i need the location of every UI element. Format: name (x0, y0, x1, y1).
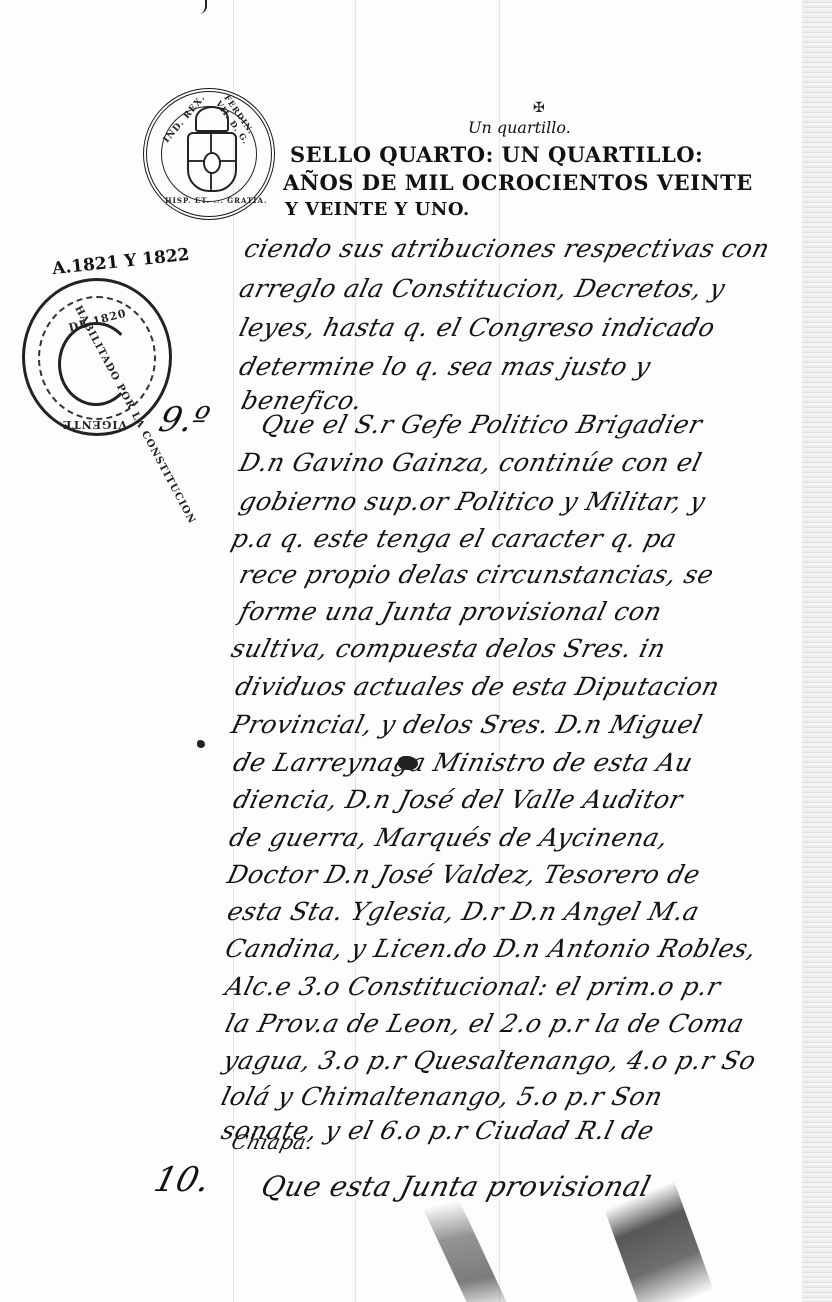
stamp-line-2: AÑOS DE MIL OCROCIENTOS VEINTE (283, 170, 753, 195)
stamp-line-1: SELLO QUARTO: UN QUARTILLO: (290, 142, 703, 167)
text-line: de guerra, Marqués de Aycinena, (226, 823, 671, 852)
text-line: Provincial, y delos Sres. D.n Miguel (228, 710, 705, 739)
text-line: Que el S.r Gefe Politico Brigadier (258, 410, 705, 439)
text-line: gobierno sup.or Politico y Militar, y (236, 487, 708, 516)
ink-smudge (579, 1140, 721, 1302)
paragraph-marker-9: 9.º (155, 400, 213, 440)
text-line: rece propio delas circunstancias, se (236, 560, 716, 589)
text-line: D.n Gavino Gainza, continúe con el (236, 448, 704, 477)
text-line: dividuos actuales de esta Diputacion (232, 672, 722, 701)
text-line: determine lo q. sea mas justo y (236, 352, 653, 381)
text-line: diencia, D.n José del Valle Auditor (230, 785, 686, 814)
ink-blot (398, 756, 418, 770)
text-line: Chiapa. (229, 1130, 316, 1154)
text-line: sultiva, compuesta delos Sres. in (228, 634, 668, 663)
habilitation-stamp: A.1821 Y 1822 HABILITADO POR LA CONSTITU… (10, 252, 175, 432)
stamp-value: Un quartillo. (468, 118, 571, 137)
ink-blot (197, 740, 205, 748)
text-line: Doctor D.n José Valdez, Tesorero de (224, 860, 703, 889)
text-line: lolá y Chimaltenango, 5.o p.r Son (218, 1082, 665, 1111)
text-line: forme una Junta provisional con (236, 597, 665, 626)
text-line: Alc.e 3.o Constitucional: el prim.o p.r (222, 972, 723, 1001)
escutcheon-icon (203, 152, 221, 174)
text-line: la Prov.a de Leon, el 2.o p.r la de Coma (222, 1009, 747, 1038)
stamp-years: A.1821 Y 1822 (51, 245, 190, 279)
text-line: ciendo sus atribuciones respectivas con (241, 234, 772, 263)
page-edge-shadow (802, 0, 832, 1302)
text-line: Candina, y Licen.do D.n Antonio Robles, (222, 934, 759, 963)
text-line: arreglo ala Constitucion, Decretos, y (236, 274, 728, 303)
text-line: yagua, 3.o p.r Quesaltenango, 4.o p.r So (220, 1046, 759, 1075)
document-page: IND. REX. FERDIN. VII. D. G. HISP. ET. .… (0, 0, 832, 1302)
stamp-line-3: Y VEINTE Y UNO. (285, 199, 470, 220)
ink-mark (195, 0, 207, 14)
text-line: leyes, hasta q. el Congreso indicado (236, 313, 718, 342)
paragraph-marker-10: 10. (150, 1160, 214, 1200)
cross-ornament-icon: ✠ (533, 100, 545, 116)
seal-legend-bottom: HISP. ET. ... GRATIA. (165, 196, 267, 205)
text-line: p.a q. este tenga el caracter q. pa (228, 524, 680, 553)
stamp-bottom-text: VIGENTE (62, 418, 127, 431)
text-line: de Larreynaga Ministro de esta Au (230, 748, 696, 777)
text-line: esta Sta. Yglesia, D.r D.n Angel M.a (224, 897, 702, 926)
royal-seal: IND. REX. FERDIN. VII. D. G. HISP. ET. .… (143, 88, 275, 220)
